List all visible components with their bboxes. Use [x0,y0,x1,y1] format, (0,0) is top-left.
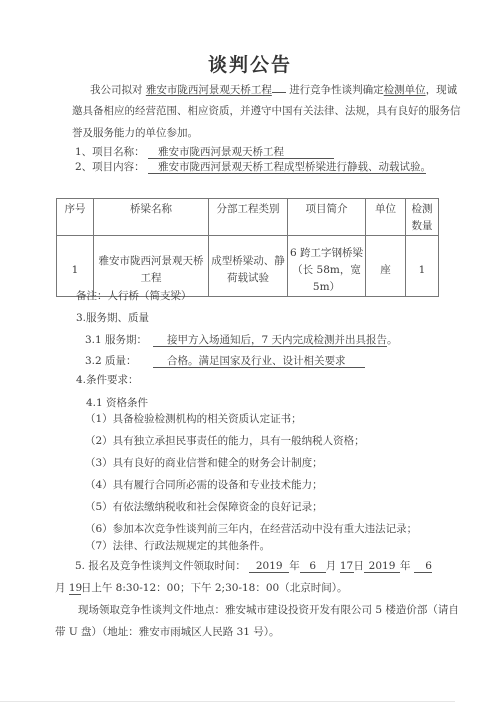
location-line-2: 带 U 盘）（地址：雅安市雨城区人民路 31 号）。 [55,625,280,639]
end-month: 6 [414,560,432,573]
item-value: 雅安市陇西河景观天桥工程 [148,146,334,159]
intro-suffix: ，现诚 [426,84,458,96]
intro-line-2: 邀具备相应的经营范围、相应资质，并遵守中国有关法律、法规，具有良好的服务信 [72,104,461,118]
item-label: 1、项目名称： [75,146,145,158]
section4-subheading: 4.1 资格条件 [86,396,148,410]
cell-category: 成型桥梁动、静 荷载试验 [209,236,288,297]
underline-blank [272,92,286,93]
month-char: 月 [55,582,66,594]
item-label: 2、项目内容： [75,161,145,173]
start-day: 17 [340,560,354,573]
table-header-row: 序号 桥梁名称 分部工程类别 项目简介 单位 检测 数量 [57,199,439,236]
condition-item: （6）参加本次竞争性谈判前三年内，在经营活动中没有重大违法记录； [85,522,417,536]
item-value: 雅安市陇西河景观天桥工程成型桥梁进行静载、动载试验。 [148,161,426,174]
cell-no: 1 [57,236,94,297]
page-edge-divider [0,701,455,702]
start-month: 6 [300,560,326,573]
header-quantity-line-2: 数量 [406,218,438,235]
header-category: 分部工程类别 [209,199,288,236]
cell-summary-line-2: （长 58m，宽 5m） [288,262,365,296]
header-quantity: 检测 数量 [406,199,439,236]
header-summary: 项目简介 [288,199,366,236]
intro-prefix: 我公司拟对 [90,84,143,96]
service-period: 3.1 服务期：接甲方入场通知后，7 天内完成检测并出具报告。 [85,333,387,347]
registration-prefix: 5. 报名及竞争性谈判文件领取时间： [75,560,246,572]
header-unit: 单位 [366,199,406,236]
table-row: 1 雅安市陇西河景观天桥 工程 成型桥梁动、静 荷载试验 6 跨工字钢桥梁 （长… [57,236,439,297]
page-title: 谈判公告 [0,50,500,77]
cell-summary-line-1: 6 跨工字钢桥梁 [288,245,365,262]
month-char: 月 [326,560,337,572]
quality: 3.2 质量：合格。满足国家及行业、设计相关要求 [85,354,365,368]
service-period-label: 3.1 服务期： [85,333,153,347]
cell-unit: 座 [366,236,406,297]
quality-label: 3.2 质量： [85,354,153,368]
intro-project-name: 雅安市陇西河景观天桥工程 [146,84,272,96]
cell-summary: 6 跨工字钢桥梁 （长 58m，宽 5m） [288,236,366,297]
year-char: 年 [289,560,300,572]
intro-middle: 进行竞争性谈判确定 [289,84,384,96]
condition-item: （2）具有独立承担民事责任的能力，具有一般纳税人资格； [85,434,365,448]
intro-line-3: 誉及服务能力的单位参加。 [72,126,198,140]
cell-category-line-2: 荷载试验 [209,270,287,287]
intro-unit: 检测单位 [384,84,426,96]
time-text: 日上午 8:30-12：00；下午 2;30-18：00（北京时间）。 [81,582,348,594]
registration-time-line-1: 5. 报名及竞争性谈判文件领取时间： 2019年6月 17日2019年 6 [75,559,432,573]
cell-quantity: 1 [406,236,439,297]
service-period-value: 接甲方入场通知后，7 天内完成检测并出具报告。 [153,334,387,347]
cell-bridge-name-line-1: 雅安市陇西河景观天桥 [94,253,208,270]
quality-value: 合格。满足国家及行业、设计相关要求 [153,355,365,368]
header-bridge-name: 桥梁名称 [94,199,209,236]
cell-bridge-name: 雅安市陇西河景观天桥 工程 [94,236,209,297]
item-project-content: 2、项目内容： 雅安市陇西河景观天桥工程成型桥梁进行静载、动载试验。 [75,160,426,174]
end-year: 2019 [364,560,400,573]
condition-item: （1）具备检验检测机构的相关资质认定证书； [85,412,302,426]
cell-category-line-1: 成型桥梁动、静 [209,253,287,270]
condition-item: （4）具有履行合同所必需的设备和专业技术能力； [85,478,323,492]
announcement-page: 谈判公告 我公司拟对 雅安市陇西河景观天桥工程 进行竞争性谈判确定检测单位，现诚… [0,0,500,707]
year-char: 年 [400,560,411,572]
registration-time-line-2: 月 19日上午 8:30-12：00；下午 2;30-18：00（北京时间）。 [55,581,347,595]
section3-heading: 3.服务期、质量 [76,311,149,325]
item-project-name: 1、项目名称： 雅安市陇西河景观天桥工程 [75,145,334,159]
condition-item: （3）具有良好的商业信誉和健全的财务会计制度； [85,456,323,470]
table-note: 备注：人行桥（简支梁） [76,289,192,303]
bridge-table: 序号 桥梁名称 分部工程类别 项目简介 单位 检测 数量 1 雅安市陇西河景观天… [56,198,439,297]
cell-bridge-name-line-2: 工程 [94,270,208,287]
start-year: 2019 [249,560,289,573]
header-quantity-line-1: 检测 [406,201,438,218]
intro-line-1: 我公司拟对 雅安市陇西河景观天桥工程 进行竞争性谈判确定检测单位，现诚 [90,83,457,97]
day-char: 日 [354,560,365,572]
condition-item: （7）法律、行政法规规定的其他条件。 [85,539,270,553]
location-line-1: 现场领取竞争性谈判文件地点：雅安城市建设投资开发有限公司 5 楼造价部（请自 [78,603,459,617]
end-day: 19 [69,582,81,595]
condition-item: （5）有依法缴纳税收和社会保障资金的良好记录； [85,500,323,514]
header-no: 序号 [57,199,94,236]
section4-heading: 4.条件要求： [76,373,139,387]
